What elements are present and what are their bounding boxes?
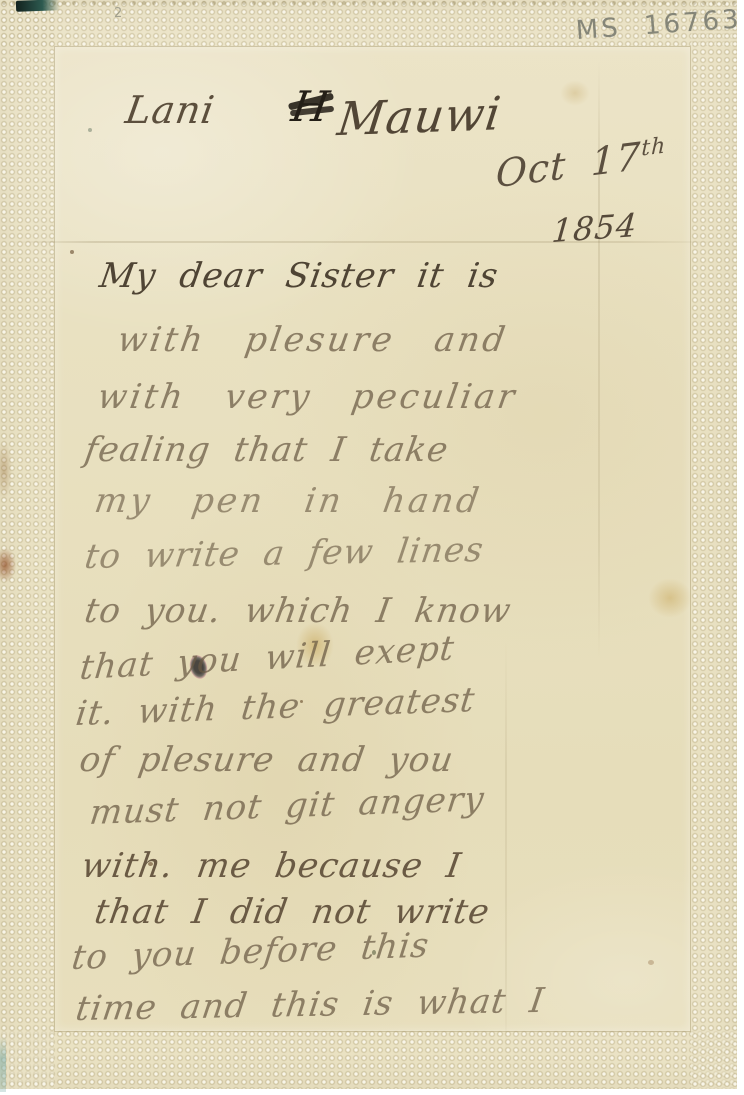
- scalloped-edge: [0, 0, 737, 9]
- foxing-stain: [648, 578, 692, 618]
- letter-page: MS 16763 2 Lani H Mauwi Oct 17th 1854 My…: [0, 0, 737, 1089]
- letter-line-4: fealing that I take: [85, 430, 448, 470]
- embossed-border-bottom: [0, 1030, 737, 1089]
- edge-discoloration: [0, 1036, 6, 1092]
- letter-line-3: with very peculiar: [98, 377, 517, 417]
- embossed-border-right: [691, 0, 737, 1089]
- paper-speck: [70, 250, 74, 254]
- heading-place-name: Lani: [126, 88, 215, 132]
- letter-line-6: to write a few lines: [85, 530, 484, 577]
- paper-speck: [648, 960, 654, 965]
- letter-line-15: time and this is what I: [76, 981, 545, 1029]
- letter-line-7: to you. which I know: [85, 591, 511, 631]
- heading-place-text: Lani: [123, 88, 219, 132]
- letter-line-5: my pen in hand: [95, 481, 481, 521]
- page-number-annotation: 2: [114, 6, 123, 21]
- date-ordinal-suffix: th: [641, 133, 667, 161]
- letter-line-10: of plesure and you: [80, 740, 453, 780]
- foxing-stain: [560, 80, 590, 106]
- heading-place-name-2: Mauwi: [337, 86, 502, 146]
- scan-background: { "letter": { "archive_mark": "MS 16763"…: [0, 0, 744, 1095]
- crossed-out-word: H: [292, 82, 330, 131]
- letter-line-1: My dear Sister it is: [100, 256, 498, 296]
- paper-speck: [88, 128, 92, 132]
- heading-year: 1854: [551, 206, 639, 250]
- embossed-border-left: [0, 0, 54, 1089]
- corner-ink-mark: [16, 0, 60, 12]
- letter-line-2: with plesure and: [118, 320, 508, 360]
- letter-line-12: with. me because I: [82, 846, 461, 886]
